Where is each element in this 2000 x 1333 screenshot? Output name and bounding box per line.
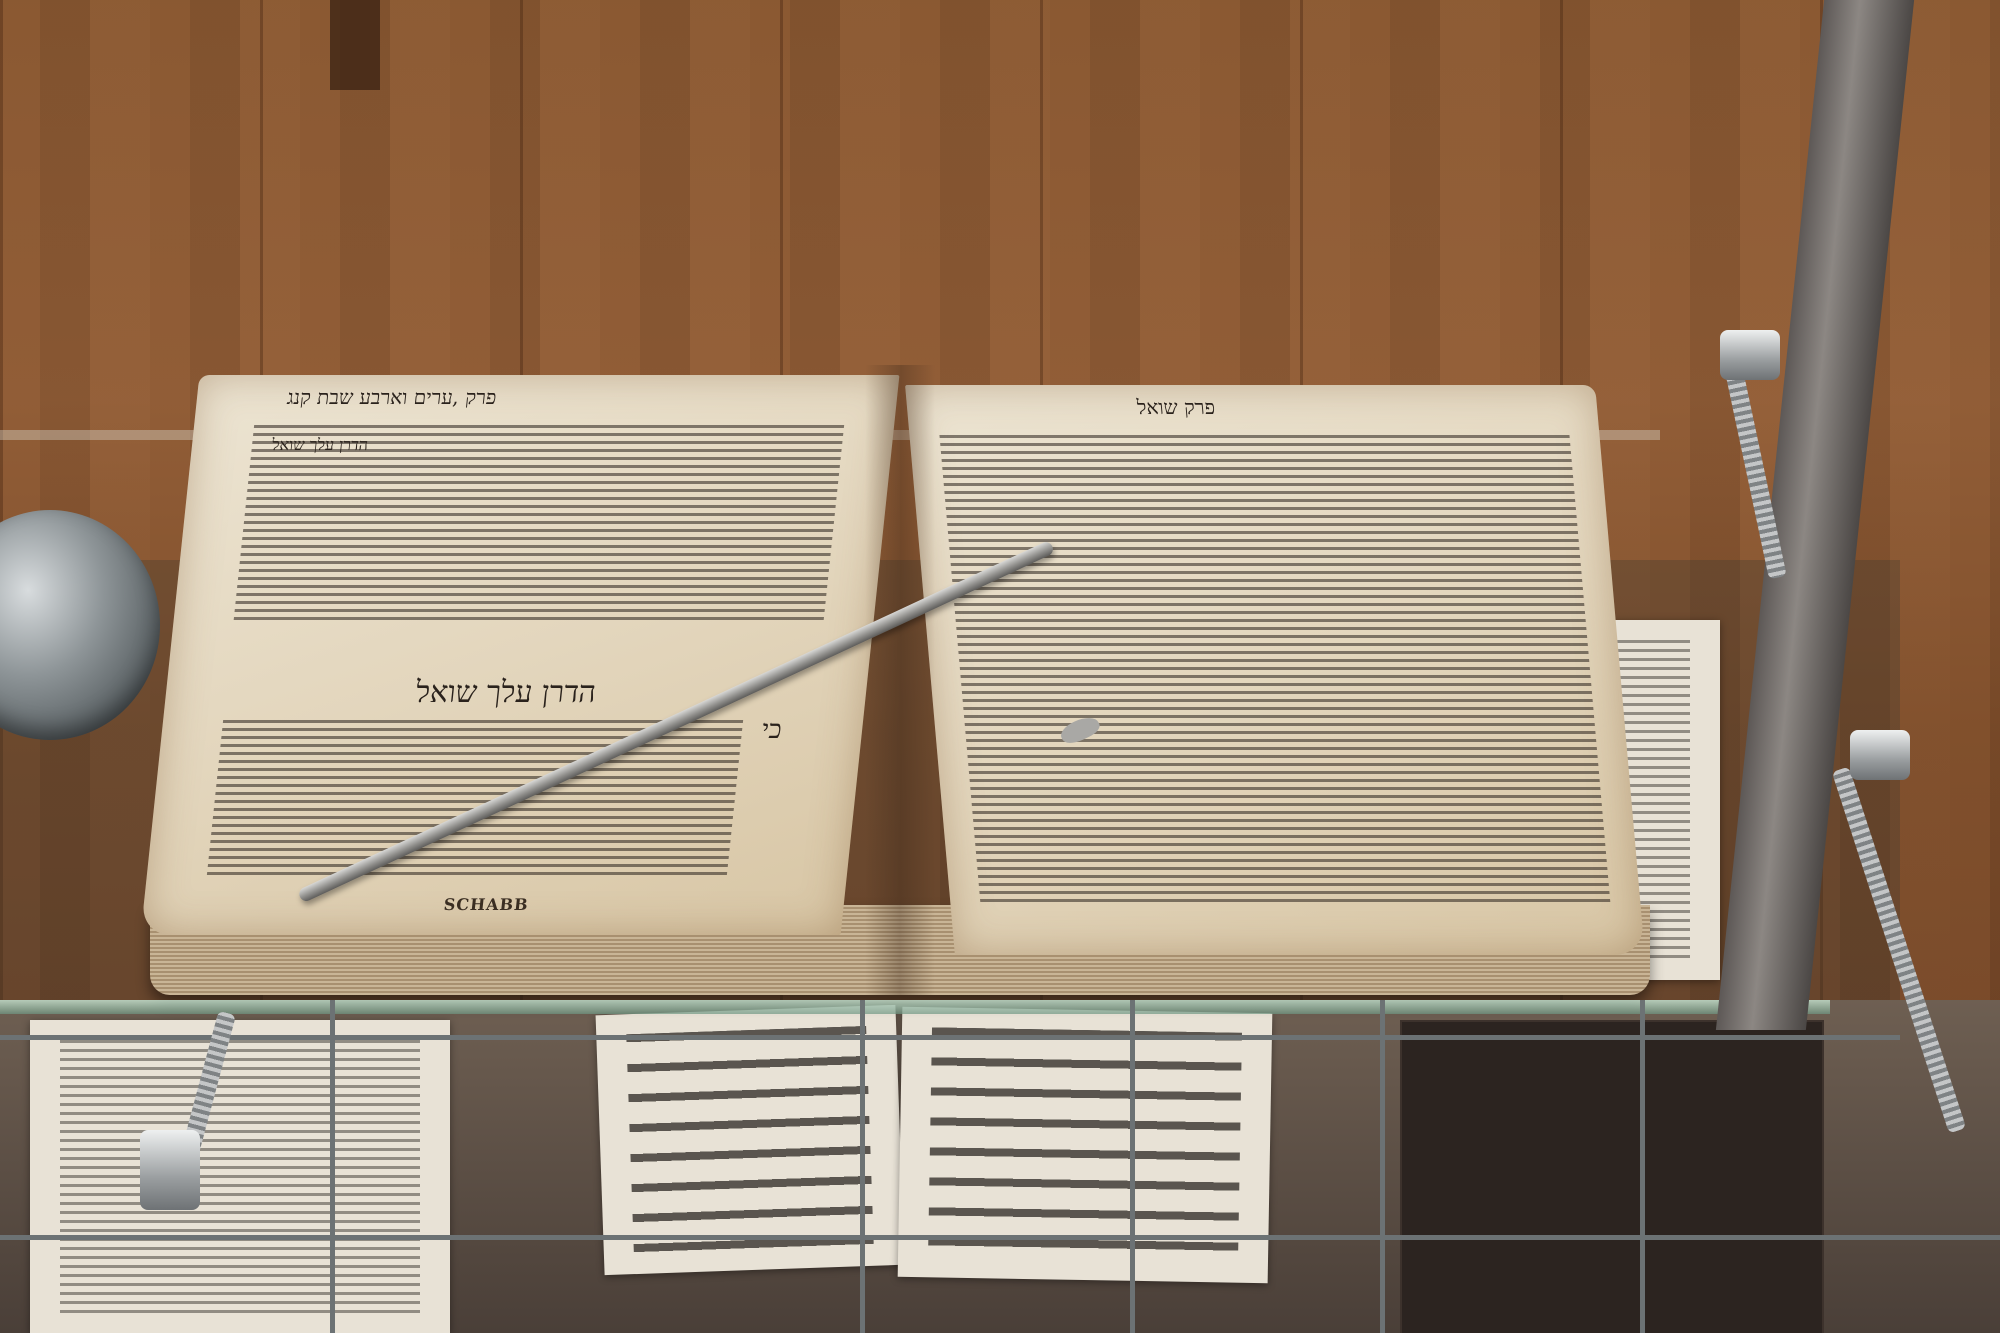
wire-post [860,1000,865,1333]
hex-nut [1850,730,1910,780]
left-section-heading: הדרן עלך שואל [414,675,598,710]
talmud-book: פרק ,ערים וארבע שבת קנג הדרן עלך שואל הד… [140,365,1640,1005]
wire-post [1130,1000,1135,1333]
glass-shelf-edge [0,1000,1830,1014]
book-spine [865,365,935,1005]
hex-nut [1720,330,1780,380]
wire-post [1640,1000,1645,1333]
wire-rail [0,1235,2000,1240]
wire-rail [0,1035,1900,1040]
right-page: פרק שואל [905,385,1645,955]
left-margin-label: כי [761,715,784,745]
wire-post [1380,1000,1385,1333]
museum-display-photo: פרק ,ערים וארבע שבת קנג הדרן עלך שואל הד… [0,0,2000,1333]
right-running-header: פרק שואל [1136,395,1216,420]
left-footer-signature: SCHABB [443,895,530,914]
right-text-block [939,435,1610,905]
floor-object [330,0,380,90]
wire-post [330,1000,335,1333]
left-text-block-lower [206,720,743,880]
hex-nut [140,1130,200,1210]
left-page: פרק ,ערים וארבע שבת קנג הדרן עלך שואל הד… [141,375,900,935]
pamphlet-left [30,1020,450,1333]
dark-bound-book [1400,1020,1824,1333]
pamphlet-center-right [898,1007,1273,1283]
left-running-header: פרק ,ערים וארבע שבת קנג [286,385,498,410]
left-text-block-upper [233,425,844,625]
